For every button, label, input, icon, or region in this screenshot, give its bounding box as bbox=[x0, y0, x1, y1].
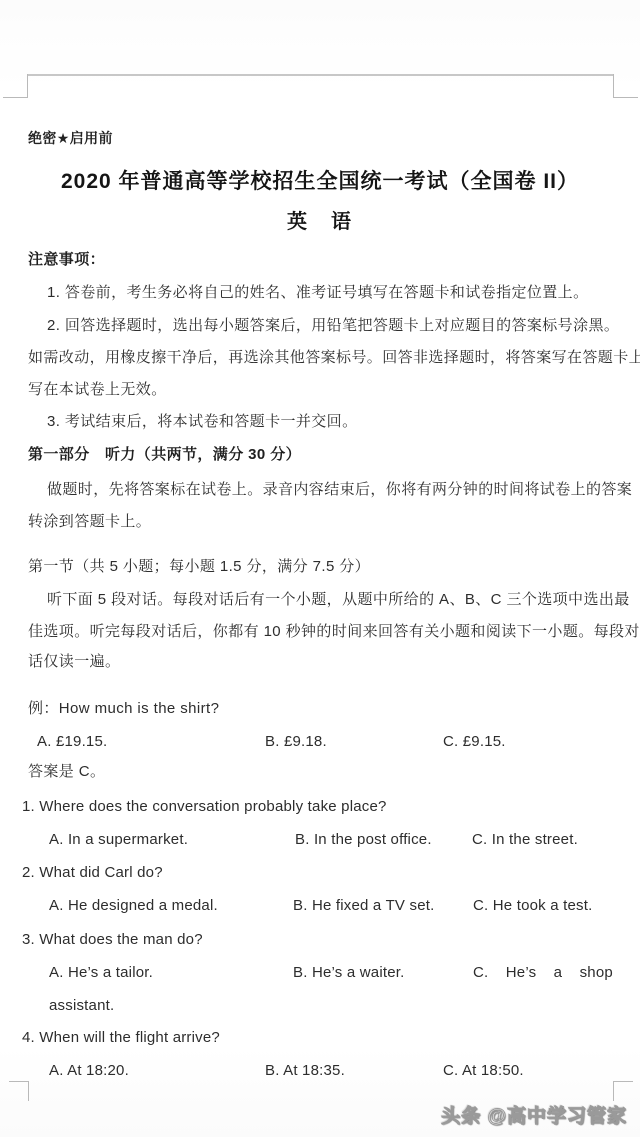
example-option-b: B. £9.18. bbox=[265, 731, 327, 753]
notice-item-2-line-2: 如需改动，用橡皮擦干净后，再选涂其他答案标号。回答非选择题时，将答案写在答题卡上… bbox=[28, 347, 640, 369]
page-boundary-line bbox=[27, 74, 614, 76]
question-1-option-c: C. In the street. bbox=[472, 829, 578, 851]
crop-mark-top-right-horizontal bbox=[613, 97, 638, 98]
question-3-option-a: A. He’s a tailor. bbox=[49, 962, 153, 984]
question-2-text: 2. What did Carl do? bbox=[22, 862, 163, 884]
crop-mark-bottom-left-vertical bbox=[28, 1081, 29, 1101]
part1-heading: 第一部分 听力（共两节，满分 30 分） bbox=[28, 444, 301, 466]
section1-instruction-line-3: 话仅读一遍。 bbox=[28, 651, 120, 673]
exam-subject: 英 语 bbox=[0, 209, 640, 235]
part1-intro-line-1: 做题时，先将答案标在试卷上。录音内容结束后，你将有两分钟的时间将试卷上的答案 bbox=[47, 479, 632, 501]
question-1-text: 1. Where does the conversation probably … bbox=[22, 796, 387, 818]
question-3-text: 3. What does the man do? bbox=[22, 929, 203, 951]
question-4-option-a: A. At 18:20. bbox=[49, 1060, 129, 1082]
question-2-option-b: B. He fixed a TV set. bbox=[293, 895, 435, 917]
question-4-option-b: B. At 18:35. bbox=[265, 1060, 345, 1082]
crop-mark-top-right-vertical bbox=[613, 74, 614, 98]
exam-paper-page: 绝密★启用前 2020 年普通高等学校招生全国统一考试（全国卷 II） 英 语 … bbox=[0, 0, 640, 1137]
example-answer-note: 答案是 C。 bbox=[28, 761, 105, 783]
question-3-option-c: C. He’s a shop bbox=[473, 962, 613, 984]
crop-mark-top-left-vertical bbox=[27, 74, 28, 98]
question-3-option-b: B. He’s a waiter. bbox=[293, 962, 405, 984]
question-2-option-a: A. He designed a medal. bbox=[49, 895, 218, 917]
question-4-option-c: C. At 18:50. bbox=[443, 1060, 524, 1082]
question-1-option-a: A. In a supermarket. bbox=[49, 829, 188, 851]
example-option-c: C. £9.15. bbox=[443, 731, 506, 753]
question-1-option-b: B. In the post office. bbox=[295, 829, 432, 851]
notice-item-3: 3. 考试结束后，将本试卷和答题卡一并交回。 bbox=[47, 411, 357, 433]
section1-heading: 第一节（共 5 小题；每小题 1.5 分，满分 7.5 分） bbox=[28, 556, 370, 578]
crop-mark-top-left-horizontal bbox=[3, 97, 28, 98]
part1-intro-line-2: 转涂到答题卡上。 bbox=[28, 511, 151, 533]
section1-instruction-line-1: 听下面 5 段对话。每段对话后有一个小题，从题中所给的 A、B、C 三个选项中选… bbox=[47, 589, 630, 611]
exam-title: 2020 年普通高等学校招生全国统一考试（全国卷 II） bbox=[0, 168, 640, 196]
notice-item-2-line-3: 写在本试卷上无效。 bbox=[28, 379, 167, 401]
crop-mark-bottom-right-vertical bbox=[613, 1081, 614, 1101]
example-option-a: A. £19.15. bbox=[37, 731, 107, 753]
toutiao-watermark: 头条 @高中学习管家 bbox=[441, 1101, 627, 1128]
notice-item-2-line-1: 2. 回答选择题时，选出每小题答案后，用铅笔把答题卡上对应题目的答案标号涂黑。 bbox=[47, 315, 619, 337]
question-3-option-c-continued: assistant. bbox=[49, 995, 114, 1017]
crop-mark-bottom-left-horizontal bbox=[9, 1081, 29, 1082]
example-question: 例：How much is the shirt? bbox=[28, 698, 219, 720]
question-2-option-c: C. He took a test. bbox=[473, 895, 592, 917]
section1-instruction-line-2: 佳选项。听完每段对话后，你都有 10 秒钟的时间来回答有关小题和阅读下一小题。每… bbox=[28, 621, 640, 643]
question-4-text: 4. When will the flight arrive? bbox=[22, 1027, 220, 1049]
security-classification-label: 绝密★启用前 bbox=[28, 127, 113, 149]
notice-item-1: 1. 答卷前，考生务必将自己的姓名、准考证号填写在答题卡和试卷指定位置上。 bbox=[47, 282, 588, 304]
crop-mark-bottom-right-horizontal bbox=[613, 1081, 633, 1082]
notice-heading: 注意事项： bbox=[28, 249, 105, 271]
